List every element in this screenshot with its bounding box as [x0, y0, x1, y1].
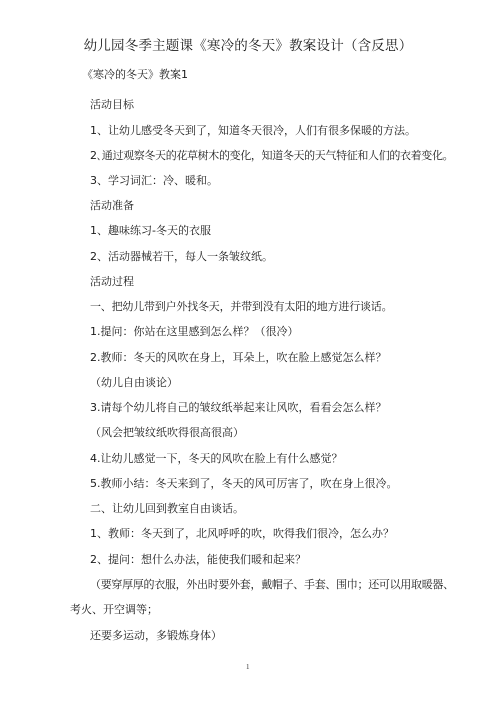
process-step-1-q4: 4.让幼儿感觉一下，冬天的风吹在脸上有什么感觉？ [90, 451, 343, 467]
page-number: 1 [246, 662, 250, 672]
process-step-2-q1: 1、教师：冬天到了，北风呼呼的吹，吹得我们很冷，怎么办？ [90, 526, 394, 542]
process-step-2-answer-cont: 考火、开空调等； [70, 602, 158, 618]
process-step-1: 一、把幼儿带到户外找冬天，并带到没有太阳的地方进行谈话。 [90, 299, 392, 315]
document-page: 幼儿园冬季主题课《寒冷的冬天》教案设计（含反思） 《寒冷的冬天》教案1 活动目标… [0, 0, 496, 702]
process-step-2-answer: （要穿厚厚的衣服，外出时要外套，戴帽子、手套、围巾；还可以用取暖器、 [90, 577, 454, 593]
process-step-1-note2: （风会把皱纹纸吹得很高很高） [90, 425, 244, 441]
process-step-2-q2: 2、提问：想什么办法，能使我们暖和起来？ [90, 552, 306, 568]
goal-item-2: 2､通过观察冬天的花草树木的变化，知道冬天的天气特征和人们的衣着变化。 [90, 148, 453, 164]
process-step-1-note1: （幼儿自由谈论） [90, 375, 178, 391]
heading-activity-goals: 活动目标 [90, 97, 134, 113]
goal-item-1: 1、让幼儿感受冬天到了，知道冬天很冷，人们有很多保暖的方法。 [90, 123, 416, 139]
heading-activity-preparation: 活动准备 [90, 198, 134, 214]
process-step-2-answer-end: 还要多运动，多锻炼身体） [90, 628, 222, 644]
heading-activity-process: 活动过程 [90, 274, 134, 290]
process-step-1-q3: 3.请每个幼儿将自己的皱纹纸举起来让风吹，看看会怎么样？ [90, 400, 387, 416]
process-step-1-q1: 1.提问：你站在这里感到怎么样？（很冷） [90, 324, 299, 340]
process-step-2: 二、让幼儿回到教室自由谈话。 [90, 501, 244, 517]
preparation-item-1: 1、趣味练习-冬天的衣服 [90, 223, 211, 239]
section-heading: 《寒冷的冬天》教案1 [82, 67, 188, 83]
document-title: 幼儿园冬季主题课《寒冷的冬天》教案设计（含反思） [0, 37, 496, 55]
preparation-item-2: 2、活动器械若干，每人一条皱纹纸。 [90, 249, 273, 265]
process-step-1-q2: 2.教师：冬天的风吹在身上，耳朵上，吹在脸上感觉怎么样？ [90, 350, 387, 366]
process-step-1-summary: 5.教师小结：冬天来到了，冬天的风可厉害了，吹在身上很冷。 [90, 476, 398, 492]
goal-item-3: 3、学习词汇：冷、暖和。 [90, 173, 218, 189]
